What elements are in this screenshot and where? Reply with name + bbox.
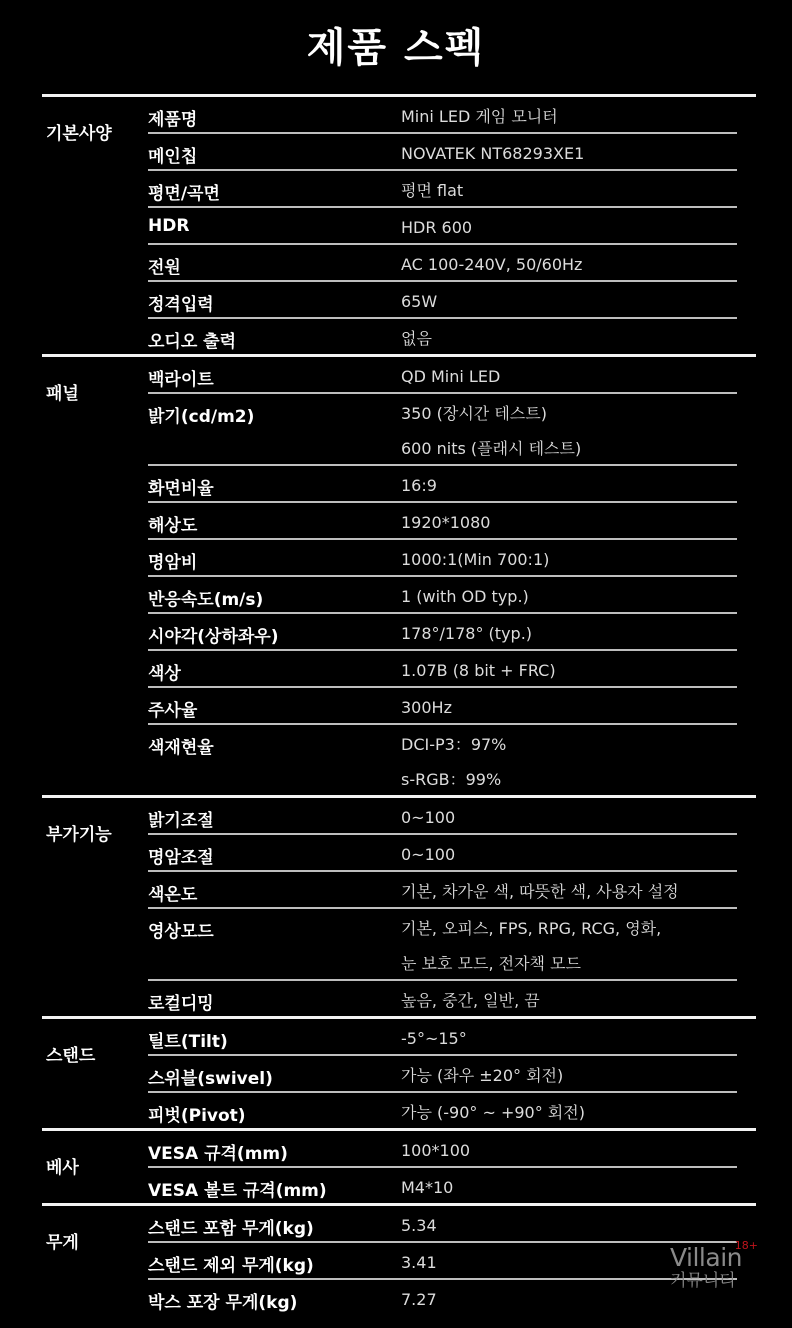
spec-value: 300Hz bbox=[401, 688, 737, 723]
spec-values: 1.07B (8 bit + FRC) bbox=[401, 651, 737, 686]
spec-values: DCI-P3：97%s-RGB：99% bbox=[401, 725, 737, 795]
spec-row: 오디오 출력없음 bbox=[148, 319, 737, 354]
spec-row: 해상도1920*1080 bbox=[148, 503, 737, 540]
spec-row: 백라이트QD Mini LED bbox=[148, 357, 737, 394]
section-heading: 무게 bbox=[46, 1228, 79, 1253]
spec-rows: 밝기조절0~100명암조절0~100색온도기본, 차가운 색, 따뜻한 색, 사… bbox=[148, 798, 737, 1016]
spec-row: HDRHDR 600 bbox=[148, 208, 737, 245]
spec-row: 로컬디밍높음, 중간, 일반, 끔 bbox=[148, 981, 737, 1016]
spec-values: 5.34 bbox=[401, 1206, 737, 1241]
spec-label: 영상모드 bbox=[148, 909, 401, 944]
spec-row: VESA 규격(mm)100*100 bbox=[148, 1131, 737, 1168]
spec-label: 오디오 출력 bbox=[148, 319, 401, 354]
spec-rows: VESA 규격(mm)100*100VESA 볼트 규격(mm)M4*10 bbox=[148, 1131, 737, 1203]
spec-values: 178°/178° (typ.) bbox=[401, 614, 737, 649]
spec-section: 부가기능밝기조절0~100명암조절0~100색온도기본, 차가운 색, 따뜻한 … bbox=[42, 795, 756, 1016]
spec-values: 350 (장시간 테스트)600 nits (플래시 테스트) bbox=[401, 394, 737, 464]
spec-values: AC 100-240V, 50/60Hz bbox=[401, 245, 737, 280]
spec-value: 눈 보호 모드, 전자책 모드 bbox=[401, 944, 737, 979]
page-title: 제품 스펙 bbox=[0, 16, 792, 73]
spec-value: 가능 (좌우 ±20° 회전) bbox=[401, 1056, 737, 1091]
spec-values: 100*100 bbox=[401, 1131, 737, 1166]
spec-label: 정격입력 bbox=[148, 282, 401, 317]
spec-value: 기본, 오피스, FPS, RPG, RCG, 영화, bbox=[401, 909, 737, 944]
spec-label: HDR bbox=[148, 208, 401, 243]
spec-value: 1000:1(Min 700:1) bbox=[401, 540, 737, 575]
section-heading: 베사 bbox=[46, 1153, 79, 1178]
spec-row: 밝기조절0~100 bbox=[148, 798, 737, 835]
spec-rows: 제품명Mini LED 게임 모니터메인칩NOVATEK NT68293XE1평… bbox=[148, 97, 737, 354]
spec-values: 기본, 오피스, FPS, RPG, RCG, 영화,눈 보호 모드, 전자책 … bbox=[401, 909, 737, 979]
spec-value: 1.07B (8 bit + FRC) bbox=[401, 651, 737, 686]
spec-label: 명암비 bbox=[148, 540, 401, 575]
spec-row: 밝기(cd/m2)350 (장시간 테스트)600 nits (플래시 테스트) bbox=[148, 394, 737, 466]
section-heading: 기본사양 bbox=[46, 119, 112, 144]
spec-row: 색온도기본, 차가운 색, 따뜻한 색, 사용자 설정 bbox=[148, 872, 737, 909]
spec-value: 1920*1080 bbox=[401, 503, 737, 538]
spec-table: 기본사양제품명Mini LED 게임 모니터메인칩NOVATEK NT68293… bbox=[42, 94, 756, 1315]
spec-value: s-RGB：99% bbox=[401, 760, 737, 795]
spec-label: 주사율 bbox=[148, 688, 401, 723]
spec-label: 메인칩 bbox=[148, 134, 401, 169]
spec-label: 해상도 bbox=[148, 503, 401, 538]
spec-value: 100*100 bbox=[401, 1131, 737, 1166]
spec-row: 스탠드 제외 무게(kg)3.41 bbox=[148, 1243, 737, 1280]
spec-section: 스탠드틸트(Tilt)-5°~15°스위블(swivel)가능 (좌우 ±20°… bbox=[42, 1016, 756, 1128]
spec-values: 1000:1(Min 700:1) bbox=[401, 540, 737, 575]
spec-values: 1 (with OD typ.) bbox=[401, 577, 737, 612]
spec-value: 0~100 bbox=[401, 835, 737, 870]
spec-row: 명암비1000:1(Min 700:1) bbox=[148, 540, 737, 577]
spec-value: 평면 flat bbox=[401, 171, 737, 206]
spec-values: 가능 (좌우 ±20° 회전) bbox=[401, 1056, 737, 1091]
spec-value: 1 (with OD typ.) bbox=[401, 577, 737, 612]
spec-row: VESA 볼트 규격(mm)M4*10 bbox=[148, 1168, 737, 1203]
spec-label: 밝기(cd/m2) bbox=[148, 394, 401, 429]
spec-values: M4*10 bbox=[401, 1168, 737, 1203]
watermark-logo: Villain 커뮤니티 18+ bbox=[670, 1245, 742, 1291]
spec-rows: 틸트(Tilt)-5°~15°스위블(swivel)가능 (좌우 ±20° 회전… bbox=[148, 1019, 737, 1128]
spec-label: 피벗(Pivot) bbox=[148, 1093, 401, 1128]
spec-value: AC 100-240V, 50/60Hz bbox=[401, 245, 737, 280]
spec-label: VESA 규격(mm) bbox=[148, 1131, 401, 1166]
spec-value: 가능 (-90° ~ +90° 회전) bbox=[401, 1093, 737, 1128]
spec-row: 틸트(Tilt)-5°~15° bbox=[148, 1019, 737, 1056]
spec-row: 영상모드기본, 오피스, FPS, RPG, RCG, 영화,눈 보호 모드, … bbox=[148, 909, 737, 981]
spec-value: DCI-P3：97% bbox=[401, 725, 737, 760]
spec-section: 기본사양제품명Mini LED 게임 모니터메인칩NOVATEK NT68293… bbox=[42, 94, 756, 354]
spec-values: 0~100 bbox=[401, 835, 737, 870]
spec-label: 백라이트 bbox=[148, 357, 401, 392]
spec-row: 주사율300Hz bbox=[148, 688, 737, 725]
age-rating-badge: 18+ bbox=[735, 1239, 758, 1252]
spec-values: 기본, 차가운 색, 따뜻한 색, 사용자 설정 bbox=[401, 872, 737, 907]
spec-values: 평면 flat bbox=[401, 171, 737, 206]
spec-label: VESA 볼트 규격(mm) bbox=[148, 1168, 401, 1203]
spec-row: 반응속도(m/s)1 (with OD typ.) bbox=[148, 577, 737, 614]
spec-rows: 백라이트QD Mini LED밝기(cd/m2)350 (장시간 테스트)600… bbox=[148, 357, 737, 795]
spec-value: QD Mini LED bbox=[401, 357, 737, 392]
spec-row: 메인칩NOVATEK NT68293XE1 bbox=[148, 134, 737, 171]
spec-row: 정격입력65W bbox=[148, 282, 737, 319]
spec-values: 가능 (-90° ~ +90° 회전) bbox=[401, 1093, 737, 1128]
spec-value: 178°/178° (typ.) bbox=[401, 614, 737, 649]
spec-row: 시야각(상하좌우)178°/178° (typ.) bbox=[148, 614, 737, 651]
section-heading: 부가기능 bbox=[46, 820, 112, 845]
spec-values: 65W bbox=[401, 282, 737, 317]
spec-row: 색재현율DCI-P3：97%s-RGB：99% bbox=[148, 725, 737, 795]
spec-value: 0~100 bbox=[401, 798, 737, 833]
spec-values: -5°~15° bbox=[401, 1019, 737, 1054]
spec-label: 제품명 bbox=[148, 97, 401, 132]
spec-value: Mini LED 게임 모니터 bbox=[401, 97, 737, 132]
spec-label: 박스 포장 무게(kg) bbox=[148, 1280, 401, 1315]
spec-label: 반응속도(m/s) bbox=[148, 577, 401, 612]
spec-label: 틸트(Tilt) bbox=[148, 1019, 401, 1054]
watermark-community: 커뮤니티 bbox=[670, 1271, 742, 1291]
spec-values: QD Mini LED bbox=[401, 357, 737, 392]
spec-values: 16:9 bbox=[401, 466, 737, 501]
section-heading: 스탠드 bbox=[46, 1041, 95, 1066]
spec-value: NOVATEK NT68293XE1 bbox=[401, 134, 737, 169]
spec-label: 색온도 bbox=[148, 872, 401, 907]
spec-label: 스탠드 제외 무게(kg) bbox=[148, 1243, 401, 1278]
spec-values: HDR 600 bbox=[401, 208, 737, 243]
spec-value: 기본, 차가운 색, 따뜻한 색, 사용자 설정 bbox=[401, 872, 737, 907]
spec-label: 평면/곡면 bbox=[148, 171, 401, 206]
spec-values: 300Hz bbox=[401, 688, 737, 723]
spec-values: Mini LED 게임 모니터 bbox=[401, 97, 737, 132]
spec-row: 전원AC 100-240V, 50/60Hz bbox=[148, 245, 737, 282]
spec-value: M4*10 bbox=[401, 1168, 737, 1203]
spec-label: 스탠드 포함 무게(kg) bbox=[148, 1206, 401, 1241]
spec-label: 명암조절 bbox=[148, 835, 401, 870]
spec-label: 스위블(swivel) bbox=[148, 1056, 401, 1091]
spec-row: 평면/곡면평면 flat bbox=[148, 171, 737, 208]
spec-row: 화면비율16:9 bbox=[148, 466, 737, 503]
spec-values: 0~100 bbox=[401, 798, 737, 833]
spec-label: 전원 bbox=[148, 245, 401, 280]
spec-row: 스위블(swivel)가능 (좌우 ±20° 회전) bbox=[148, 1056, 737, 1093]
spec-values: 없음 bbox=[401, 319, 737, 354]
spec-row: 박스 포장 무게(kg)7.27 bbox=[148, 1280, 737, 1315]
spec-row: 스탠드 포함 무게(kg)5.34 bbox=[148, 1206, 737, 1243]
spec-section: 베사VESA 규격(mm)100*100VESA 볼트 규격(mm)M4*10 bbox=[42, 1128, 756, 1203]
spec-label: 색상 bbox=[148, 651, 401, 686]
spec-rows: 스탠드 포함 무게(kg)5.34스탠드 제외 무게(kg)3.41박스 포장 … bbox=[148, 1206, 737, 1315]
spec-label: 화면비율 bbox=[148, 466, 401, 501]
spec-row: 명암조절0~100 bbox=[148, 835, 737, 872]
watermark-brand: Villain bbox=[670, 1245, 742, 1271]
spec-value: HDR 600 bbox=[401, 208, 737, 243]
spec-value: 65W bbox=[401, 282, 737, 317]
spec-value: 5.34 bbox=[401, 1206, 737, 1241]
spec-row: 제품명Mini LED 게임 모니터 bbox=[148, 97, 737, 134]
spec-value: 350 (장시간 테스트) bbox=[401, 394, 737, 429]
spec-values: 높음, 중간, 일반, 끔 bbox=[401, 981, 737, 1016]
spec-row: 피벗(Pivot)가능 (-90° ~ +90° 회전) bbox=[148, 1093, 737, 1128]
spec-label: 시야각(상하좌우) bbox=[148, 614, 401, 649]
spec-label: 로컬디밍 bbox=[148, 981, 401, 1016]
spec-label: 밝기조절 bbox=[148, 798, 401, 833]
spec-section: 무게스탠드 포함 무게(kg)5.34스탠드 제외 무게(kg)3.41박스 포… bbox=[42, 1203, 756, 1315]
spec-value: -5°~15° bbox=[401, 1019, 737, 1054]
spec-label: 색재현율 bbox=[148, 725, 401, 760]
spec-values: NOVATEK NT68293XE1 bbox=[401, 134, 737, 169]
spec-value: 높음, 중간, 일반, 끔 bbox=[401, 981, 737, 1016]
spec-value: 600 nits (플래시 테스트) bbox=[401, 429, 737, 464]
spec-values: 1920*1080 bbox=[401, 503, 737, 538]
spec-value: 16:9 bbox=[401, 466, 737, 501]
spec-section: 패널백라이트QD Mini LED밝기(cd/m2)350 (장시간 테스트)6… bbox=[42, 354, 756, 795]
spec-value: 없음 bbox=[401, 319, 737, 354]
section-heading: 패널 bbox=[46, 379, 79, 404]
spec-row: 색상1.07B (8 bit + FRC) bbox=[148, 651, 737, 688]
